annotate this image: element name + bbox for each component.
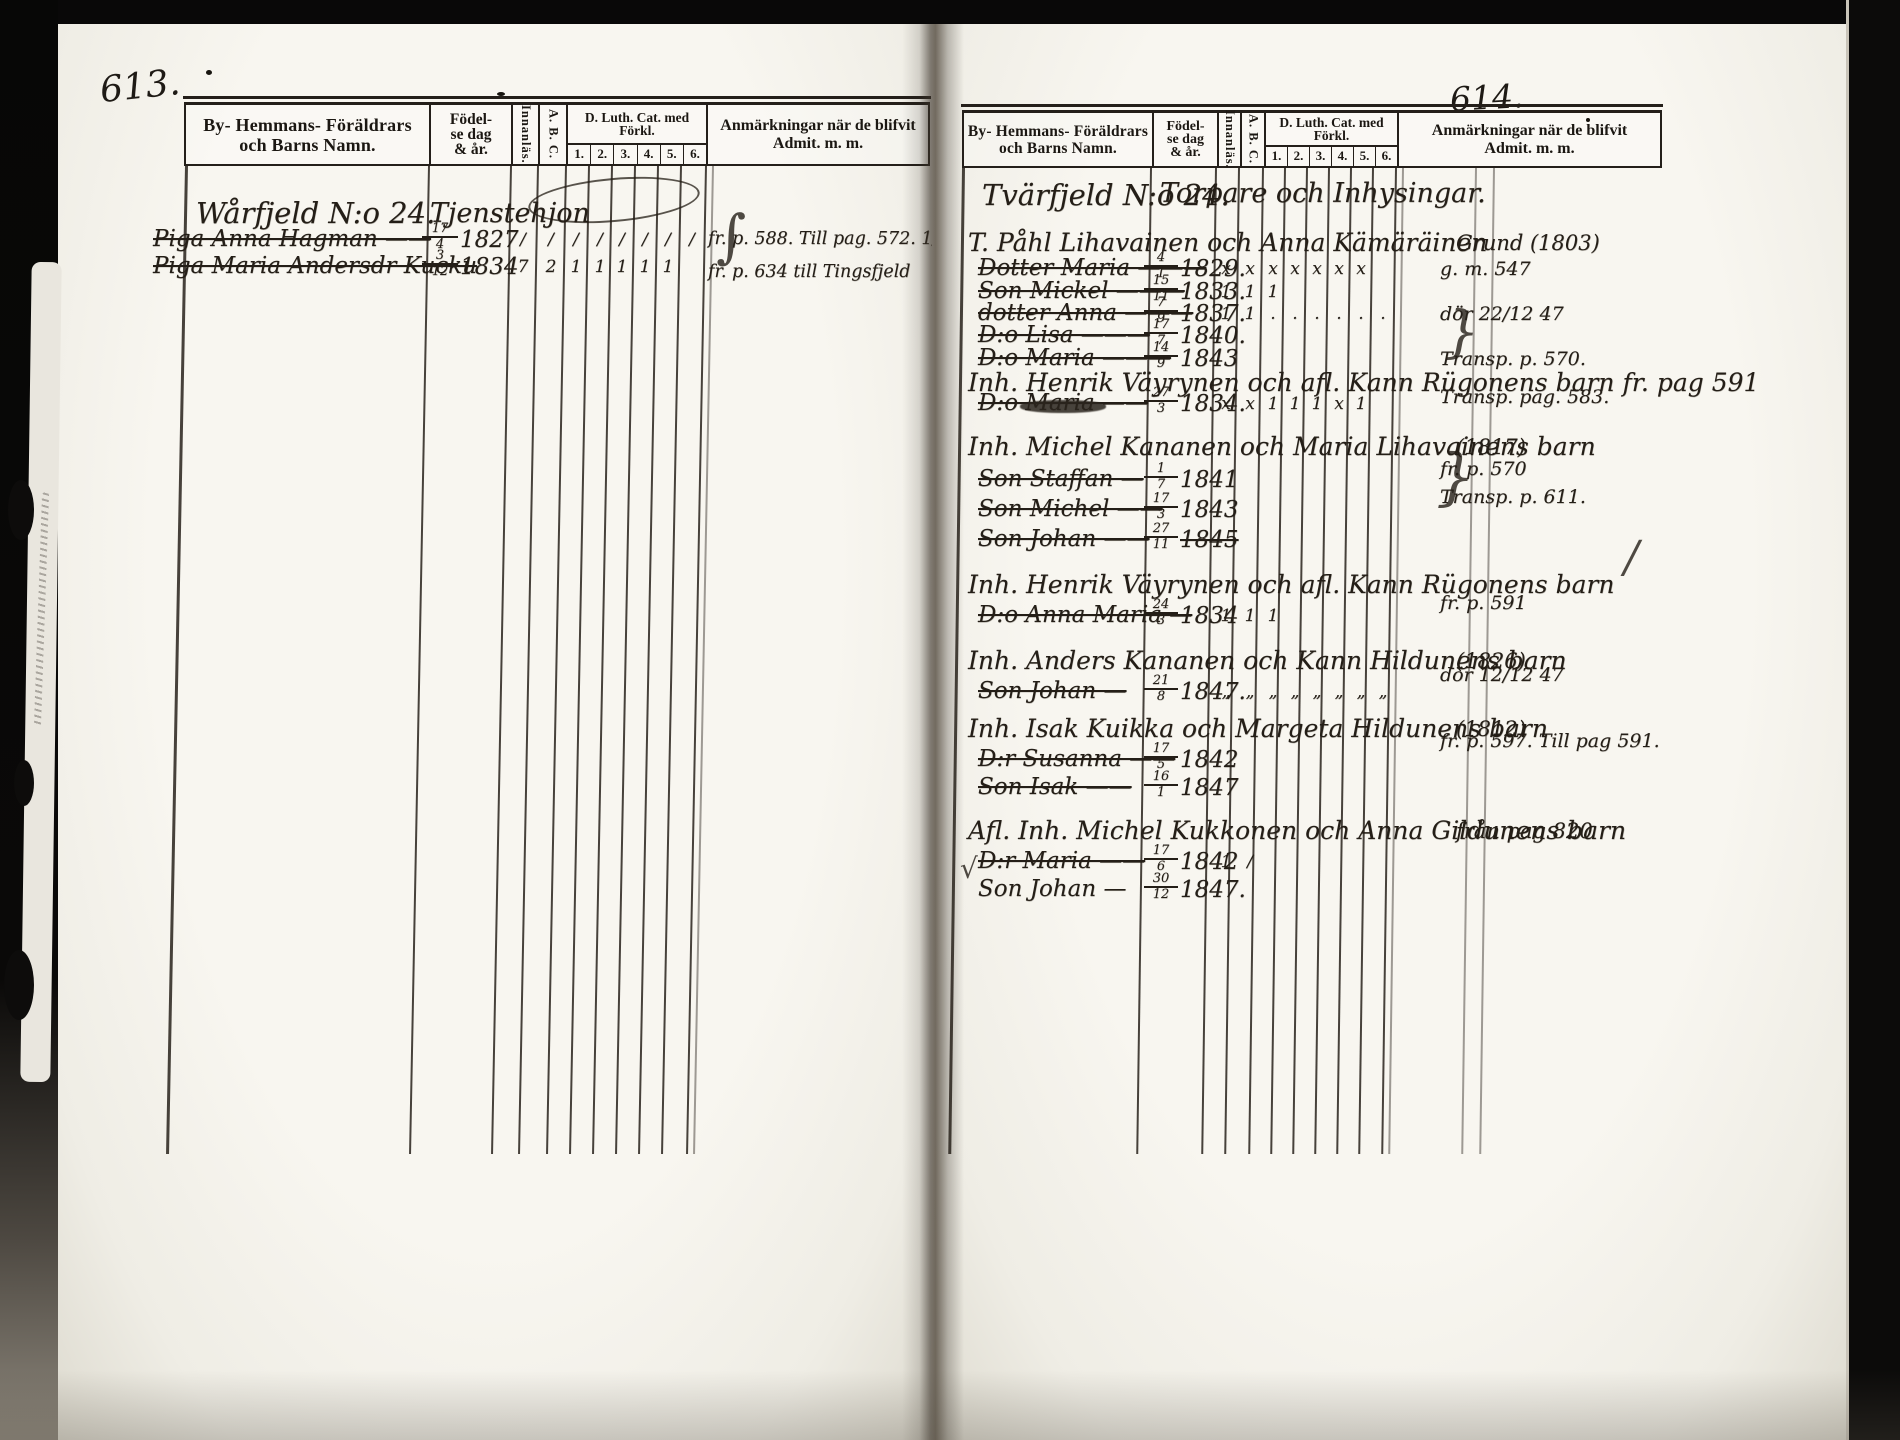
mark-cell: x — [1221, 394, 1231, 414]
mark-cell: 1 — [1221, 852, 1232, 872]
record-row: Son Staffan — 17 1841 fr. p. 570 — [932, 466, 1848, 498]
section-heading-row: Wårfjeld N:o 24. Tjenstehjon — [56, 196, 932, 228]
scan-blemish — [8, 480, 34, 540]
right-page: 614. By- Hemmans- Föräldrars och Barns N… — [932, 22, 1848, 1440]
village-heading: Wårfjeld N:o 24. — [196, 196, 435, 230]
mark-cell: x — [1356, 259, 1366, 279]
column-header-names: By- Hemmans- Föräldrars och Barns Namn. — [186, 105, 429, 164]
mark-cell: x — [1245, 259, 1255, 279]
family-heading-row: Inh. Isak Kuikka och Margeta Hildunens b… — [932, 714, 1848, 746]
mark-cell: x — [1268, 259, 1278, 279]
subcol-6: 6. — [683, 145, 706, 164]
mark-cell: . — [1314, 304, 1319, 324]
mark-cell: 1 — [1268, 606, 1279, 626]
table-header-right: By- Hemmans- Föräldrars och Barns Namn. … — [962, 110, 1662, 168]
scan-speck — [497, 92, 505, 96]
record-row: D:o Anna Maria — 243 1834 111 fr. p. 591 — [932, 602, 1848, 634]
mark-cell: 1 — [1245, 282, 1256, 302]
mark-cell: / — [573, 230, 579, 250]
mark-cell: „ — [1335, 682, 1344, 702]
flourish-slash: / — [1624, 532, 1639, 583]
mark-cell: „ — [1379, 682, 1388, 702]
record-row: Son Michel —— 173 1843 Transp. p. 611. — [932, 496, 1848, 528]
column-header-birthdate: Födel- se dag & år. — [1152, 113, 1217, 166]
column-rule — [569, 166, 590, 1154]
mark-cell: „ — [1291, 682, 1300, 702]
mark-cell: x — [1221, 259, 1231, 279]
mark-cell: 1 — [1290, 394, 1301, 414]
mark-cell: . — [1358, 304, 1363, 324]
mark-cell: 1 — [617, 257, 628, 277]
left-page: 613. By- Hemmans- Föräldrars och Barns N… — [56, 22, 932, 1440]
mark-cell: . — [1292, 304, 1297, 324]
catechism-marks: 111 — [932, 602, 1848, 634]
remark: fr. p. 588. Till pag. 572. 1/10 45 — [708, 229, 932, 249]
catechism-marks — [932, 876, 1848, 908]
subcol-3: 3. — [613, 145, 636, 164]
column-rule — [491, 166, 512, 1154]
mark-cell: . — [1270, 304, 1275, 324]
mark-cell: 1 — [1268, 394, 1279, 414]
record-row: Piga Maria Andersdr Kucku 312 1834 72111… — [56, 253, 932, 285]
mark-cell: 1 — [571, 257, 582, 277]
record-row: Son Isak —— 161 1847 — [932, 774, 1848, 806]
catechism-title: D. Luth. Cat. med Förkl. — [1266, 113, 1397, 147]
mark-cell: x — [1245, 394, 1255, 414]
mark-cell: 1 — [1312, 394, 1323, 414]
mark-cell: / — [520, 230, 526, 250]
family-heading-row: Inh. Henrik Väyrynen och afl. Kann Rügon… — [932, 570, 1848, 602]
scan-blemish — [14, 760, 34, 806]
header-text: och Barns Namn. — [999, 140, 1117, 157]
mark-cell: 1 — [595, 257, 606, 277]
ink-blot — [1020, 400, 1106, 413]
scanned-register-spread: 613. By- Hemmans- Föräldrars och Barns N… — [0, 0, 1900, 1440]
mark-cell: 1 — [1245, 606, 1256, 626]
family-heading-row: Afl. Inh. Michel Kukkonen och Anna Gildu… — [932, 816, 1848, 848]
subcol-5: 5. — [1353, 147, 1375, 166]
catechism-marks — [932, 526, 1848, 558]
family-heading-row: Inh. Michel Kananen och Maria Lihavainen… — [932, 432, 1848, 464]
remark: fr. p. 634 till Tingsfjeld — [708, 262, 911, 282]
column-rule — [592, 166, 613, 1154]
mark-cell: 1 — [1221, 282, 1232, 302]
mark-cell: / — [548, 230, 554, 250]
remark: Grund (1803) — [1456, 231, 1600, 255]
column-rule — [409, 166, 430, 1154]
catechism-title: D. Luth. Cat. med Förkl. — [568, 105, 706, 145]
mark-cell: / — [642, 230, 648, 250]
column-rules-left — [56, 166, 932, 1154]
column-header-names: By- Hemmans- Föräldrars och Barns Namn. — [964, 113, 1152, 166]
mark-cell: 1 — [1356, 394, 1367, 414]
mark-cell: 1 — [1221, 606, 1232, 626]
record-row: Son Johan —— 2711 1845 — [932, 526, 1848, 558]
subcol-5: 5. — [660, 145, 683, 164]
subcol-1: 1. — [568, 145, 590, 164]
mark-cell: / — [597, 230, 603, 250]
header-text: Förkl. — [568, 124, 706, 137]
scan-border-right — [1846, 0, 1900, 1440]
header-text: & år. — [454, 142, 488, 157]
mark-cell: x — [1290, 259, 1300, 279]
mark-cell: „ — [1222, 682, 1231, 702]
mark-cell: / — [619, 230, 625, 250]
section-category: Torpare och Inhysingar. — [1160, 178, 1486, 209]
header-text: och Barns Namn. — [239, 135, 376, 155]
mark-cell: 1 — [640, 257, 651, 277]
header-top-rule — [183, 96, 931, 99]
catechism-subcolumns: 1. 2. 3. 4. 5. 6. — [568, 145, 706, 164]
scan-blemish — [4, 950, 34, 1020]
subcol-6: 6. — [1375, 147, 1397, 166]
column-rule — [615, 166, 636, 1154]
mark-cell: „ — [1269, 682, 1278, 702]
catechism-marks — [932, 774, 1848, 806]
header-top-rule — [961, 104, 1663, 107]
column-header-abc: A. B. C. — [538, 105, 566, 164]
column-header-reading: Innanläs. — [1217, 113, 1240, 166]
mark-cell: „ — [1357, 682, 1366, 702]
scan-border-top — [0, 0, 1900, 24]
mark-cell: x — [1334, 259, 1344, 279]
catechism-subcolumns: 1. 2. 3. 4. 5. 6. — [1266, 147, 1397, 166]
mark-cell: 2 — [546, 257, 557, 277]
scan-speck — [206, 70, 212, 75]
column-header-remarks: Anmärkningar när de blifvit Admit. m. m. — [1397, 113, 1660, 166]
section-heading-row: Tvärfjeld N:o 24. Torpare och Inhysingar… — [932, 178, 1848, 210]
table-header-left: By- Hemmans- Föräldrars och Barns Namn. … — [184, 102, 930, 166]
column-rule — [638, 166, 659, 1154]
header-text: Födel- — [450, 112, 492, 127]
remark: dör 12/12 47 — [1440, 664, 1564, 686]
remark: Transp. pag. 583. — [1440, 386, 1609, 408]
remark: fr. p. 591 — [1440, 592, 1527, 614]
header-text: Admit. m. m. — [1484, 140, 1574, 158]
mark-cell: . — [1336, 304, 1341, 324]
subcol-1: 1. — [1266, 147, 1287, 166]
mark-cell: „ — [1246, 682, 1255, 702]
column-header-remarks: Anmärkningar när de blifvit Admit. m. m. — [706, 105, 928, 164]
subcol-3: 3. — [1309, 147, 1331, 166]
catechism-marks — [932, 466, 1848, 498]
subcol-2: 2. — [1287, 147, 1309, 166]
mark-cell: 1 — [1245, 304, 1256, 324]
header-text: & år. — [1170, 146, 1201, 159]
record-row: Son Johan — 3012 1847. — [932, 876, 1848, 908]
column-rule — [166, 166, 188, 1154]
column-header-birthdate: Födel- se dag & år. — [429, 105, 511, 164]
mark-cell: x — [1312, 259, 1322, 279]
flourish-brace: } — [1444, 300, 1480, 365]
column-rule — [661, 166, 682, 1154]
family-heading: T. Påhl Lihavainen och Anna Kämäräinen — [968, 228, 1487, 257]
header-text: By- Hemmans- Föräldrars — [968, 123, 1148, 140]
catechism-marks: „„„„„„„„ — [932, 678, 1848, 710]
page-number-left: 613. — [98, 62, 182, 111]
mark-cell: / — [665, 230, 671, 250]
remark: fr. p. 597. Till pag 591. — [1440, 730, 1660, 752]
column-header-catechism: D. Luth. Cat. med Förkl. 1. 2. 3. 4. 5. … — [566, 105, 706, 164]
header-text: Anmärkningar när de blifvit — [1432, 122, 1627, 140]
column-rule — [518, 166, 539, 1154]
column-rule — [546, 166, 567, 1154]
mark-cell: 1 — [663, 257, 674, 277]
header-text: Admit. m. m. — [773, 135, 863, 153]
mark-cell: 1 — [1221, 304, 1232, 324]
mark-cell: 1 — [1268, 282, 1279, 302]
mark-cell: 7 — [518, 257, 529, 277]
header-text: se dag — [451, 127, 492, 142]
remark: från pag 820 — [1456, 819, 1593, 843]
header-text: Anmärkningar när de blifvit — [720, 117, 915, 135]
column-header-abc: A. B. C. — [1240, 113, 1264, 166]
column-header-catechism: D. Luth. Cat. med Förkl. 1. 2. 3. 4. 5. … — [1264, 113, 1397, 166]
flourish-brace: } — [1436, 440, 1475, 513]
mark-cell: „ — [1313, 682, 1322, 702]
mark-cell: / — [1247, 852, 1253, 872]
mark-cell: x — [1334, 394, 1344, 414]
subcol-4: 4. — [1331, 147, 1353, 166]
record-row: Son Johan — 218 1847. „„„„„„„„ dör 12/12… — [932, 678, 1848, 710]
mark-cell: / — [689, 230, 695, 250]
family-heading-row: Inh. Anders Kananen och Kann Hildunens b… — [932, 646, 1848, 678]
mark-cell: . — [1380, 304, 1385, 324]
header-text: By- Hemmans- Föräldrars — [203, 115, 412, 135]
catechism-marks — [932, 496, 1848, 528]
subcol-2: 2. — [590, 145, 613, 164]
header-text: Förkl. — [1266, 129, 1397, 142]
column-header-reading: Innanläs. — [511, 105, 538, 164]
scan-speck — [1586, 118, 1590, 122]
remark: g. m. 547 — [1440, 258, 1531, 280]
subcol-4: 4. — [637, 145, 660, 164]
